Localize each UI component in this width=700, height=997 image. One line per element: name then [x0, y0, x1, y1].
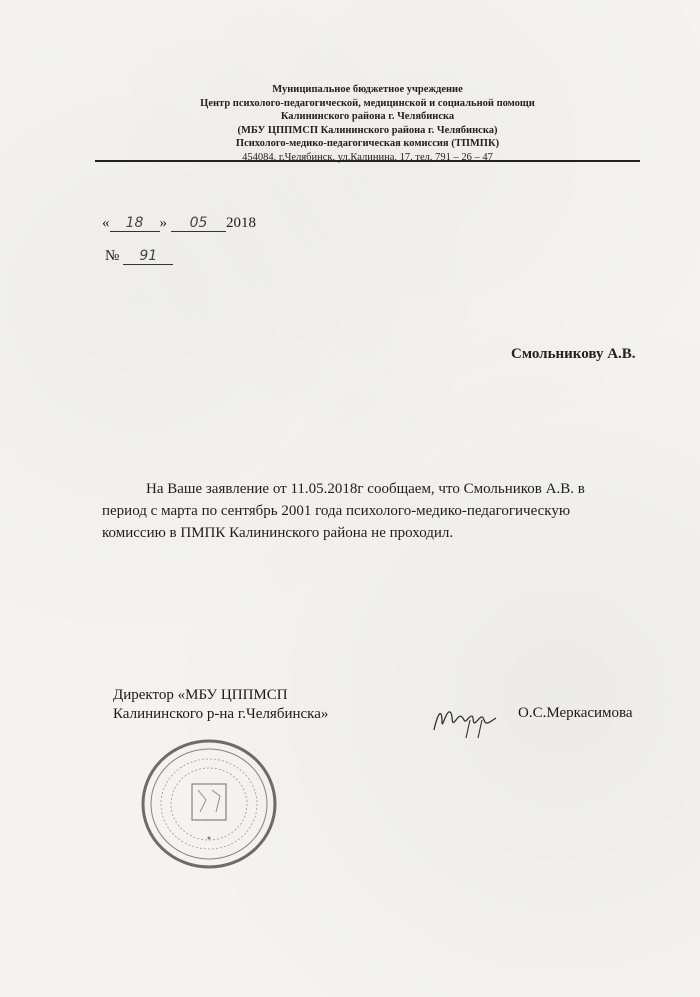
signer-title: Директор «МБУ ЦППМСП Калининского р-на г…: [113, 686, 328, 724]
date-year: 2018: [226, 215, 256, 231]
date-close-quote: »: [160, 215, 168, 231]
letterhead-line: Калининского района г. Челябинска: [95, 110, 640, 124]
document-date: «18»052018: [102, 215, 256, 232]
handwritten-signature: [430, 700, 500, 740]
signer-line-1: Директор «МБУ ЦППМСП: [113, 686, 328, 705]
official-seal-stamp: [140, 738, 278, 870]
letterhead: Муниципальное бюджетное учреждение Центр…: [95, 83, 640, 164]
signer-name: О.С.Меркасимова: [518, 705, 633, 722]
signer-line-2: Калининского р-на г.Челябинска»: [113, 705, 328, 724]
letterhead-line: Психолого-медико-педагогическая комиссия…: [95, 137, 640, 151]
date-day: 18: [110, 215, 160, 232]
letterhead-line: Центр психолого-педагогической, медицинс…: [95, 97, 640, 111]
document-number: №91: [105, 248, 173, 265]
number-value: 91: [123, 248, 173, 265]
number-label: №: [105, 248, 119, 264]
date-month: 05: [171, 215, 226, 232]
letterhead-line: Муниципальное бюджетное учреждение: [95, 83, 640, 97]
letter-body: На Ваше заявление от 11.05.2018г сообщае…: [102, 478, 632, 544]
recipient: Смольникову А.В.: [511, 346, 636, 363]
document-page: Муниципальное бюджетное учреждение Центр…: [0, 0, 700, 997]
letterhead-line: (МБУ ЦППМСП Калининского района г. Челяб…: [95, 124, 640, 138]
body-paragraph: На Ваше заявление от 11.05.2018г сообщае…: [102, 478, 632, 544]
header-divider: [95, 160, 640, 162]
date-open-quote: «: [102, 215, 110, 231]
